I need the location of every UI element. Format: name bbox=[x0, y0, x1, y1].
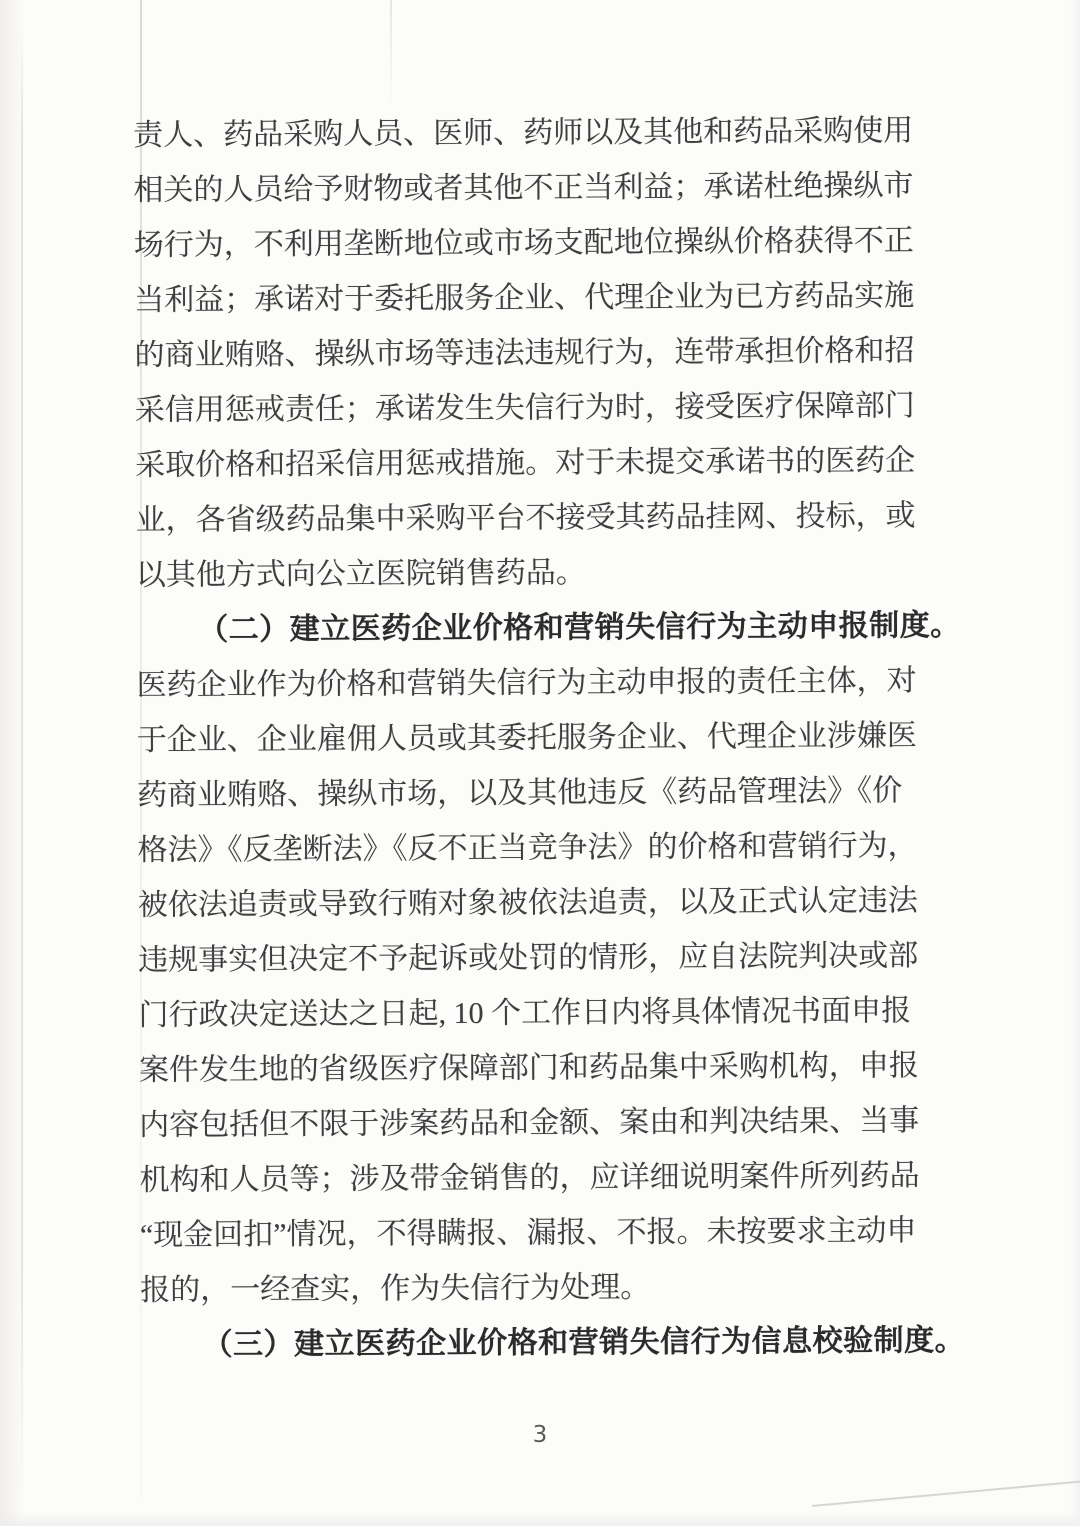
text-line: 业，各省级药品集中采购平台不接受其药品挂网、投标，或 bbox=[135, 488, 925, 548]
text-line: 以其他方式向公立医院销售药品。 bbox=[136, 543, 926, 603]
text-line: 格法》《反垄断法》《反不正当竞争法》的价格和营销行为， bbox=[137, 818, 927, 878]
text-line: 的商业贿赂、操纵市场等违法违规行为，连带承担价格和招 bbox=[134, 323, 924, 383]
text-line: 于企业、企业雇佣人员或其委托服务企业、代理企业涉嫌医 bbox=[137, 708, 927, 768]
text-line: 医药企业作为价格和营销失信行为主动申报的责任主体，对 bbox=[136, 653, 926, 713]
text-line: 违规事实但决定不予起诉或处罚的情形，应自法院判决或部 bbox=[138, 928, 928, 988]
text-line: 相关的人员给予财物或者其他不正当利益；承诺杜绝操纵市 bbox=[133, 158, 923, 218]
text-line: 被依法追责或导致行贿对象被依法追责，以及正式认定违法 bbox=[138, 873, 928, 933]
text-line: “现金回扣”情况，不得瞒报、漏报、不报。未按要求主动申 bbox=[140, 1203, 930, 1263]
text-line: 报的，一经查实，作为失信行为处理。 bbox=[140, 1258, 930, 1318]
text-line: 门行政决定送达之日起, 10 个工作日内将具体情况书面申报 bbox=[138, 983, 928, 1043]
scan-corner-artifact bbox=[812, 1479, 1080, 1507]
text-line: 机构和人员等；涉及带金销售的，应详细说明案件所列药品 bbox=[139, 1148, 929, 1208]
page-number: 3 bbox=[0, 1422, 1080, 1448]
text-line: 当利益；承诺对于委托服务企业、代理企业为已方药品实施 bbox=[134, 268, 924, 328]
text-line: 责人、药品采购人员、医师、药师以及其他和药品采购使用 bbox=[133, 103, 923, 163]
document-body: 责人、药品采购人员、医师、药师以及其他和药品采购使用相关的人员给予财物或者其他不… bbox=[133, 103, 931, 1373]
scanned-page: 责人、药品采购人员、医师、药师以及其他和药品采购使用相关的人员给予财物或者其他不… bbox=[0, 0, 1080, 1526]
text-line: 场行为，不利用垄断地位或市场支配地位操纵价格获得不正 bbox=[134, 213, 924, 273]
text-line: （三）建立医药企业价格和营销失信行为信息校验制度。 bbox=[140, 1313, 930, 1373]
text-line: 采信用惩戒责任；承诺发生失信行为时，接受医疗保障部门 bbox=[135, 378, 925, 438]
text-line: 药商业贿赂、操纵市场，以及其他违反《药品管理法》《价 bbox=[137, 763, 927, 823]
text-line: 采取价格和招采信用惩戒措施。对于未提交承诺书的医药企 bbox=[135, 433, 925, 493]
paper-left-edge-shadow bbox=[21, 30, 23, 1490]
text-line: 内容包括但不限于涉案药品和金额、案由和判决结果、当事 bbox=[139, 1093, 929, 1153]
scan-crease-line-top bbox=[390, 0, 392, 110]
text-line: 案件发生地的省级医疗保障部门和药品集中采购机构，申报 bbox=[139, 1038, 929, 1098]
text-line: （二）建立医药企业价格和营销失信行为主动申报制度。 bbox=[136, 598, 926, 658]
